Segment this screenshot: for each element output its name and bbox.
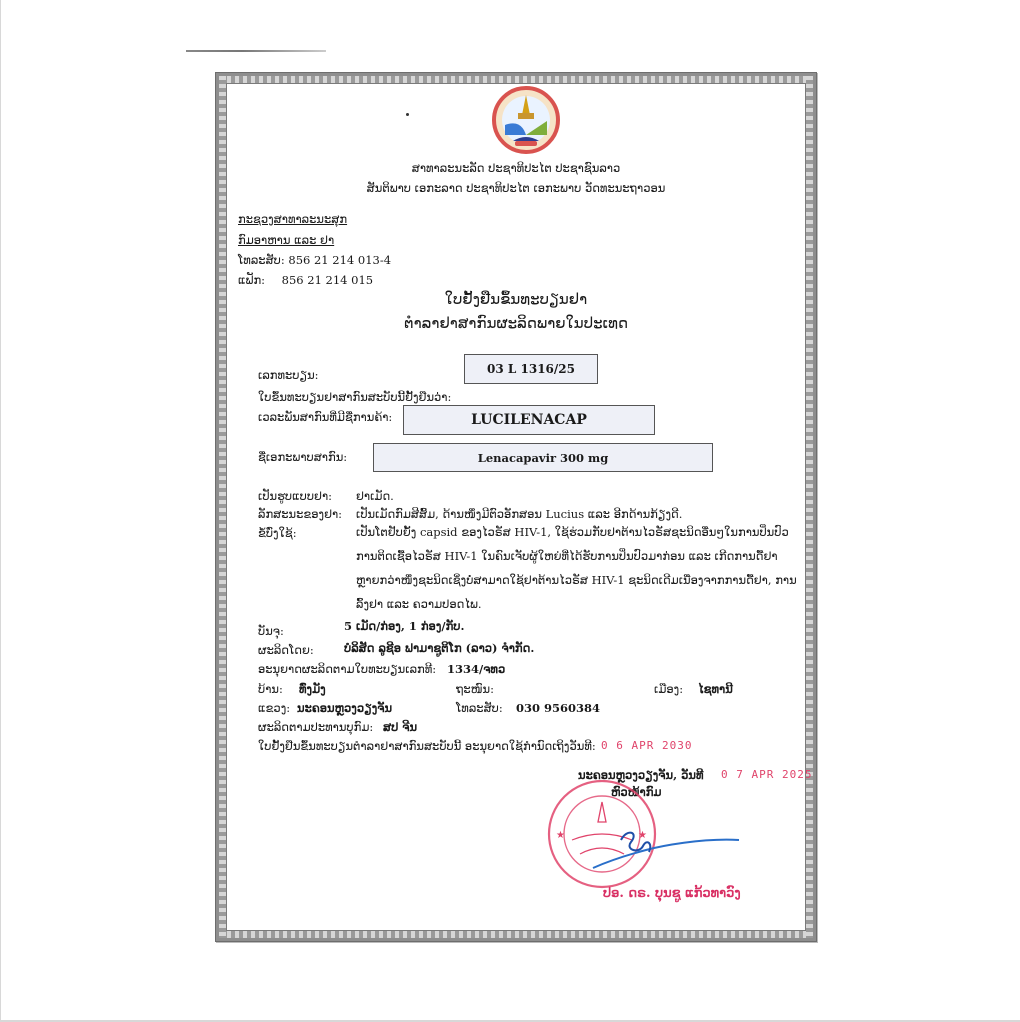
generic-label: ຊື່ເອກະພາບສາກົນ:: [258, 450, 347, 464]
issue-date-stamp: 0 7 APR 2025: [721, 768, 812, 781]
village-value: ທົ່ງມັງ: [299, 682, 326, 696]
validity-label: ໃບຢັ້ງຢືນຂຶ້ນທະບຽນຕຳລາຢາສາກົນສະບັບນີ້ ອະ…: [258, 739, 596, 753]
country-motto: ສັນຕິພາບ ເອກະລາດ ປະຊາທິປະໄຕ ເອກະພາບ ວັດທ…: [216, 181, 816, 195]
district-value: ໄຊທານີ: [698, 682, 733, 696]
country-name: ສາທາລະນະລັດ ປະຊາທິປະໄຕ ປະຊາຊົນລາວ: [216, 161, 816, 175]
form-value: ຢາເມັດ.: [356, 489, 394, 503]
document-viewport: ສາທາລະນະລັດ ປະຊາທິປະໄຕ ປະຊາຊົນລາວ ສັນຕິພ…: [0, 0, 1020, 1022]
tel-value: 030 9560384: [516, 701, 600, 715]
indication-label: ຂໍ້ບົ່ງໃຊ້:: [258, 526, 297, 540]
regno-label: ເລກທະບຽນ:: [258, 368, 319, 382]
province-label: ແຂວງ:: [258, 701, 290, 715]
road-label: ຖະໜົນ:: [456, 682, 494, 696]
description-label: ລັກສະນະຂອງຢາ:: [258, 507, 342, 521]
origin-value: ສປ ຈີນ: [383, 720, 417, 734]
village-label: ບ້ານ:: [258, 682, 283, 696]
certify-text: ໃບຂຶ້ນທະບຽນຢາສາກົນສະບັບນີ້ຢັ້ງຢືນວ່າ:: [258, 390, 451, 404]
fax-label: ແຟັກ:: [238, 273, 278, 287]
tel-label: ໂທລະສັບ:: [456, 701, 503, 715]
department-name: ກົມອາຫານ ແລະ ຢາ: [238, 233, 334, 247]
manufacturer-value: ບໍລິສັດ ລູຊີອ ຟາມາຊູຕິໂກ (ລາວ) ຈຳກັດ.: [344, 641, 534, 655]
signature-icon: [591, 820, 741, 875]
ministry-phone: ໂທລະສັບ: 856 21 214 013-4: [238, 253, 391, 267]
ministry-fax: ແຟັກ: 856 21 214 015: [238, 273, 373, 287]
form-label: ເປັນຮູບແບບຢາ:: [258, 489, 332, 503]
description-value: ເປັນເມັດກົມສີສົ້ມ, ດ້ານໜຶ່ງມີຕົວອັກສອນ L…: [356, 507, 682, 521]
license-value: 1334/ຈທວ: [447, 662, 505, 676]
phone-label: ໂທລະສັບ:: [238, 253, 285, 267]
indication-value: ເປັນໂຕຢັບຍັ້ງ capsid ຂອງໄວຣັສ HIV-1, ໃຊ້…: [356, 520, 801, 616]
brand-label: ເວລະພັນສາກົນທີ່ມີຊື່ການຄ້າ:: [258, 410, 392, 424]
scan-edge-line: [186, 50, 326, 52]
signer-name: ປອ. ດຣ. ບຸນຊູ ແກ້ວທາວົງ: [603, 886, 741, 901]
frame-border-left: [219, 76, 226, 938]
province-value: ນະຄອນຫຼວງວຽງຈັນ: [297, 701, 392, 715]
license-label: ອະນຸຍາດຜະລິດຕາມໃບທະບຽນເລກທີ:: [258, 662, 436, 676]
frame-border-right: [806, 76, 813, 938]
document-subtitle: ຕຳລາຢາສາກົນຜະລິດພາຍໃນປະເທດ: [216, 314, 816, 332]
ministry-name: ກະຊວງສາທາລະນະສຸກ: [238, 212, 347, 226]
validity-date-stamp: 0 6 APR 2030: [601, 739, 692, 752]
fax-value: 856 21 214 015: [282, 273, 373, 287]
package-label: ບັນຈຸ:: [258, 624, 284, 638]
document-title: ໃບຢັ້ງຢືນຂຶ້ນທະບຽນຢາ: [216, 290, 816, 308]
phone-value: 856 21 214 013-4: [288, 253, 391, 267]
registration-number: 03 L 1316/25: [464, 354, 598, 384]
brand-name: LUCILENACAP: [403, 405, 655, 435]
speck: [406, 113, 409, 116]
origin-label: ຜະລິດຕາມປະທານບຸກົມ:: [258, 720, 373, 734]
district-label: ເມືອງ:: [654, 682, 683, 696]
lao-emblem-icon: [491, 85, 561, 155]
generic-name: Lenacapavir 300 mg: [373, 443, 713, 472]
manufacturer-label: ຜະລິດໂດຍ:: [258, 643, 314, 657]
package-value: 5 ເມັດ/ກ່ອງ, 1 ກ່ອງ/ກັບ.: [344, 619, 464, 633]
svg-text:★: ★: [556, 830, 565, 841]
